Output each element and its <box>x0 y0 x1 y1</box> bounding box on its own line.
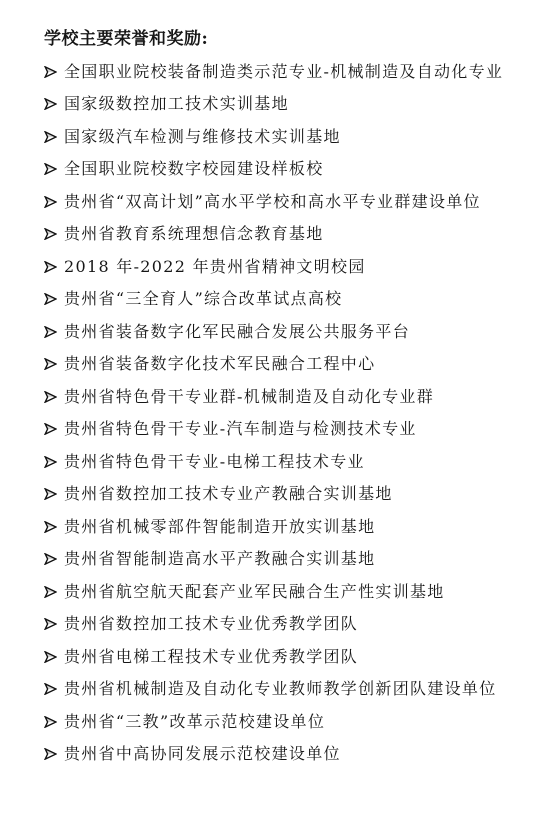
arrowhead-right-bullet-icon <box>44 586 57 598</box>
honor-list: 全国职业院校装备制造类示范专业-机械制造及自动化专业 国家级数控加工技术实训基地… <box>44 64 516 763</box>
honor-item-label: 贵州省“三全育人”综合改革试点高校 <box>64 291 342 308</box>
honor-item-label: 贵州省教育系统理想信念教育基地 <box>64 226 324 243</box>
arrowhead-right-bullet-icon <box>44 423 57 435</box>
list-item: 贵州省教育系统理想信念教育基地 <box>44 226 516 243</box>
honor-item-label: 贵州省数控加工技术专业优秀教学团队 <box>64 616 358 633</box>
list-item: 国家级汽车检测与维修技术实训基地 <box>44 129 516 146</box>
honor-item-label: 贵州省航空航天配套产业军民融合生产性实训基地 <box>64 584 445 601</box>
honor-item-label: 贵州省智能制造高水平产教融合实训基地 <box>64 551 375 568</box>
honor-item-label: 贵州省机械零部件智能制造开放实训基地 <box>64 519 375 536</box>
arrowhead-right-bullet-icon <box>44 521 57 533</box>
honor-item-label: 国家级汽车检测与维修技术实训基地 <box>64 129 341 146</box>
list-item: 贵州省数控加工技术专业产教融合实训基地 <box>44 486 516 503</box>
arrowhead-right-bullet-icon <box>44 131 57 143</box>
honor-item-label: 贵州省“双高计划”高水平学校和高水平专业群建设单位 <box>64 194 481 211</box>
honor-item-label: 贵州省数控加工技术专业产教融合实训基地 <box>64 486 393 503</box>
list-item: 贵州省“双高计划”高水平学校和高水平专业群建设单位 <box>44 194 516 211</box>
list-item: 贵州省机械零部件智能制造开放实训基地 <box>44 519 516 536</box>
arrowhead-right-bullet-icon <box>44 748 57 760</box>
list-item: 贵州省中高协同发展示范校建设单位 <box>44 746 516 763</box>
list-item: 贵州省电梯工程技术专业优秀教学团队 <box>44 649 516 666</box>
list-item: 国家级数控加工技术实训基地 <box>44 96 516 113</box>
arrowhead-right-bullet-icon <box>44 683 57 695</box>
arrowhead-right-bullet-icon <box>44 261 57 273</box>
list-item: 贵州省装备数字化技术军民融合工程中心 <box>44 356 516 373</box>
list-item: 全国职业院校数字校园建设样板校 <box>44 161 516 178</box>
arrowhead-right-bullet-icon <box>44 553 57 565</box>
honor-item-label: 贵州省中高协同发展示范校建设单位 <box>64 746 341 763</box>
arrowhead-right-bullet-icon <box>44 391 57 403</box>
list-item: 贵州省特色骨干专业群-机械制造及自动化专业群 <box>44 389 516 406</box>
list-item: 贵州省智能制造高水平产教融合实训基地 <box>44 551 516 568</box>
arrowhead-right-bullet-icon <box>44 358 57 370</box>
list-item: 贵州省装备数字化军民融合发展公共服务平台 <box>44 324 516 341</box>
list-item: 贵州省特色骨干专业-汽车制造与检测技术专业 <box>44 421 516 438</box>
honor-item-label: 贵州省装备数字化技术军民融合工程中心 <box>64 356 375 373</box>
list-item: 贵州省“三教”改革示范校建设单位 <box>44 714 516 731</box>
arrowhead-right-bullet-icon <box>44 228 57 240</box>
honor-item-label: 2018 年-2022 年贵州省精神文明校园 <box>64 259 366 276</box>
document-page: 学校主要荣誉和奖励: 全国职业院校装备制造类示范专业-机械制造及自动化专业 国家… <box>0 0 544 813</box>
arrowhead-right-bullet-icon <box>44 196 57 208</box>
arrowhead-right-bullet-icon <box>44 293 57 305</box>
honor-item-label: 全国职业院校数字校园建设样板校 <box>64 161 324 178</box>
honor-item-label: 贵州省特色骨干专业群-机械制造及自动化专业群 <box>64 389 434 406</box>
arrowhead-right-bullet-icon <box>44 163 57 175</box>
honor-item-label: 贵州省“三教”改革示范校建设单位 <box>64 714 325 731</box>
arrowhead-right-bullet-icon <box>44 456 57 468</box>
arrowhead-right-bullet-icon <box>44 326 57 338</box>
arrowhead-right-bullet-icon <box>44 488 57 500</box>
page-title: 学校主要荣誉和奖励: <box>44 30 516 50</box>
honor-item-label: 贵州省特色骨干专业-电梯工程技术专业 <box>64 454 365 471</box>
arrowhead-right-bullet-icon <box>44 66 57 78</box>
honor-item-label: 贵州省机械制造及自动化专业教师教学创新团队建设单位 <box>64 681 497 698</box>
honor-item-label: 全国职业院校装备制造类示范专业-机械制造及自动化专业 <box>64 64 503 81</box>
arrowhead-right-bullet-icon <box>44 716 57 728</box>
list-item: 贵州省航空航天配套产业军民融合生产性实训基地 <box>44 584 516 601</box>
list-item: 贵州省数控加工技术专业优秀教学团队 <box>44 616 516 633</box>
honor-item-label: 贵州省特色骨干专业-汽车制造与检测技术专业 <box>64 421 417 438</box>
list-item: 贵州省特色骨干专业-电梯工程技术专业 <box>44 454 516 471</box>
honor-item-label: 贵州省电梯工程技术专业优秀教学团队 <box>64 649 358 666</box>
arrowhead-right-bullet-icon <box>44 618 57 630</box>
list-item: 贵州省机械制造及自动化专业教师教学创新团队建设单位 <box>44 681 516 698</box>
list-item: 贵州省“三全育人”综合改革试点高校 <box>44 291 516 308</box>
arrowhead-right-bullet-icon <box>44 98 57 110</box>
honor-item-label: 国家级数控加工技术实训基地 <box>64 96 289 113</box>
list-item: 全国职业院校装备制造类示范专业-机械制造及自动化专业 <box>44 64 516 81</box>
list-item: 2018 年-2022 年贵州省精神文明校园 <box>44 259 516 276</box>
honor-item-label: 贵州省装备数字化军民融合发展公共服务平台 <box>64 324 410 341</box>
arrowhead-right-bullet-icon <box>44 651 57 663</box>
